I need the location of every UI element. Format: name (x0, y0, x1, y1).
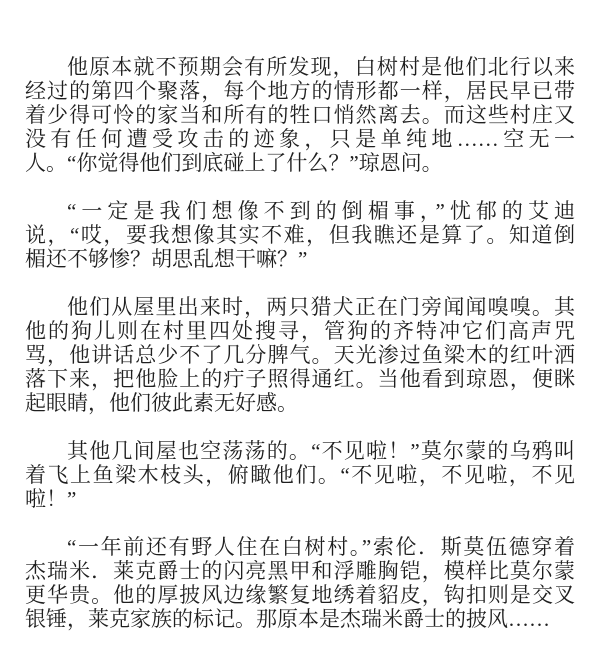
text-line: “一年前还有野人住在白树村。”索伦．斯莫伍德穿着 (25, 535, 575, 559)
paragraph: “一定是我们想像不到的倒楣事，”忧郁的艾迪 说，“哎，要我想像其实不难，但我瞧还… (25, 199, 575, 271)
document-page: 他原本就不预期会有所发现，白树村是他们北行以来 经过的第四个聚落，每个地方的情形… (0, 0, 600, 665)
text-line: 楣还不够惨？胡思乱想干嘛？” (25, 247, 575, 271)
text-line: 起眼睛，他们彼此素无好感。 (25, 391, 575, 415)
text-line: 骂，他讲话总少不了几分脾气。天光渗过鱼梁木的红叶洒 (25, 343, 575, 367)
paragraph: 他原本就不预期会有所发现，白树村是他们北行以来 经过的第四个聚落，每个地方的情形… (25, 55, 575, 175)
paragraph: 他们从屋里出来时，两只猎犬正在门旁闻闻嗅嗅。其 他的狗儿则在村里四处搜寻，管狗的… (25, 295, 575, 415)
text-line: 其他几间屋也空荡荡的。“不见啦！”莫尔蒙的乌鸦叫 (25, 439, 575, 463)
text-line: 落下来，把他脸上的疔子照得通红。当他看到琼恩，便眯 (25, 367, 575, 391)
text-line: 没有任何遭受攻击的迹象，只是单纯地……空无一 (25, 127, 575, 151)
text-line: “一定是我们想像不到的倒楣事，”忧郁的艾迪 (25, 199, 575, 223)
text-line: 他们从屋里出来时，两只猎犬正在门旁闻闻嗅嗅。其 (25, 295, 575, 319)
text-line: 着飞上鱼梁木枝头，俯瞰他们。“不见啦，不见啦，不见 (25, 463, 575, 487)
text-line: 着少得可怜的家当和所有的牲口悄然离去。而这些村庄又 (25, 103, 575, 127)
text-line: 啦！” (25, 487, 575, 511)
text-line: 杰瑞米．莱克爵士的闪亮黑甲和浮雕胸铠，模样比莫尔蒙 (25, 559, 575, 583)
text-line: 更华贵。他的厚披风边缘繁复地绣着貂皮，钩扣则是交叉 (25, 583, 575, 607)
text-line: 银锤，莱克家族的标记。那原本是杰瑞米爵士的披风…… (25, 607, 575, 631)
text-line: 说，“哎，要我想像其实不难，但我瞧还是算了。知道倒 (25, 223, 575, 247)
text-line: 经过的第四个聚落，每个地方的情形都一样，居民早已带 (25, 79, 575, 103)
text-line: 他的狗儿则在村里四处搜寻，管狗的齐特冲它们高声咒 (25, 319, 575, 343)
paragraph: “一年前还有野人住在白树村。”索伦．斯莫伍德穿着 杰瑞米．莱克爵士的闪亮黑甲和浮… (25, 535, 575, 631)
text-line: 人。“你觉得他们到底碰上了什么？”琼恩问。 (25, 151, 575, 175)
text-line: 他原本就不预期会有所发现，白树村是他们北行以来 (25, 55, 575, 79)
paragraph: 其他几间屋也空荡荡的。“不见啦！”莫尔蒙的乌鸦叫 着飞上鱼梁木枝头，俯瞰他们。“… (25, 439, 575, 511)
